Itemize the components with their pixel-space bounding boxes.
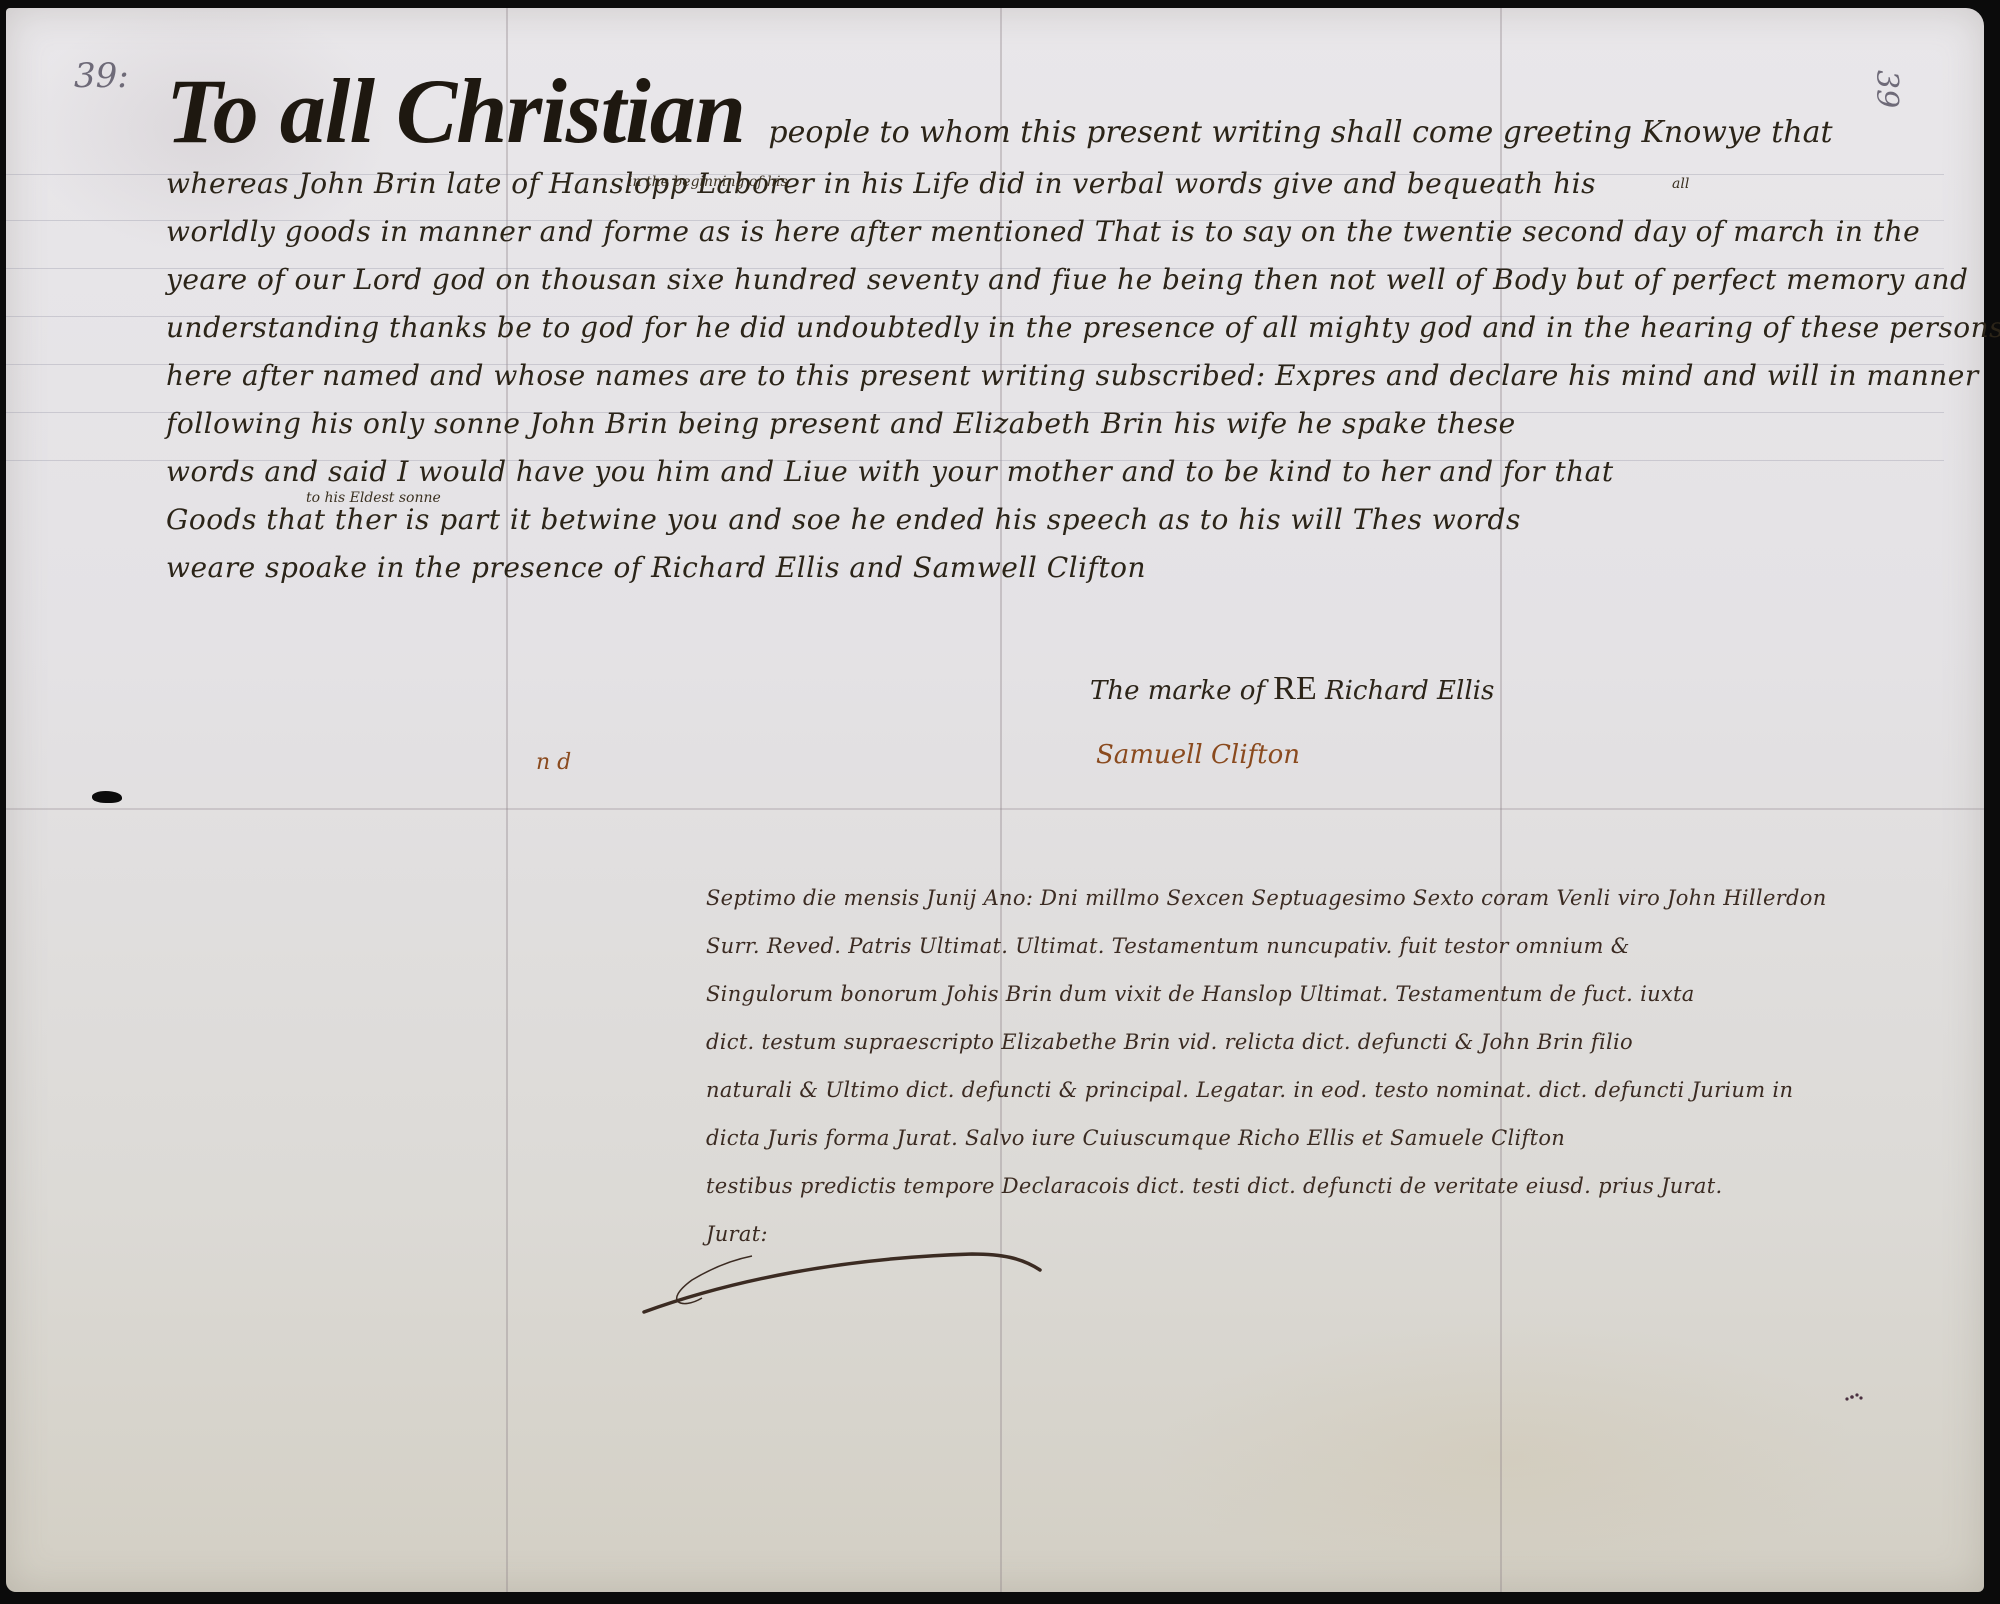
opening-line: To all Christian people to whom this pre… <box>166 74 1936 160</box>
mark-name: Richard Ellis <box>1325 676 1494 706</box>
text-line: worldly goods in manner and forme as is … <box>166 208 1936 256</box>
interlinear-insertion: all <box>1672 176 1689 192</box>
latin-line: naturali & Ultimo dict. defuncti & princ… <box>706 1066 1946 1114</box>
text-line: people to whom this present writing shal… <box>768 115 1832 150</box>
ink-blot-hole <box>92 791 122 803</box>
latin-line: dicta Juris forma Jurat. Salvo iure Cuiu… <box>706 1114 1946 1162</box>
interlinear-insertion: in the beginning of his <box>628 174 788 190</box>
signature-mark-richard-ellis: The marke of RE Richard Ellis <box>1090 670 1494 708</box>
latin-line: testibus predictis tempore Declaracois d… <box>706 1162 1946 1210</box>
latin-probate-clause: Septimo die mensis Junij Ano: Dni millmo… <box>706 874 1946 1258</box>
text-line: here after named and whose names are to … <box>166 352 1936 400</box>
folio-number-left: 39: <box>74 56 129 96</box>
ink-spots-icon <box>1844 1390 1864 1402</box>
latin-line: dict. testum supraescripto Elizabethe Br… <box>706 1018 1946 1066</box>
latin-line: Singulorum bonorum Johis Brin dum vixit … <box>706 970 1946 1018</box>
mark-initials: RE <box>1273 670 1316 707</box>
pen-flourish-icon <box>642 1240 1042 1320</box>
text-line: whereas John Brin late of Hanslopp Labor… <box>166 160 1936 208</box>
text-line: words and said I would have you him and … <box>166 448 1936 496</box>
signature-samuell-clifton: Samuell Clifton <box>1096 740 1300 770</box>
text-line: following his only sonne John Brin being… <box>166 400 1936 448</box>
latin-line: Surr. Reved. Patris Ultimat. Ultimat. Te… <box>706 922 1946 970</box>
text-line: weare spoake in the presence of Richard … <box>166 544 1936 592</box>
text-line: yeare of our Lord god on thousan sixe hu… <box>166 256 1936 304</box>
stray-ink-mark: n d <box>536 750 571 775</box>
mark-label: The marke of <box>1090 676 1265 706</box>
horizontal-fold-line <box>6 808 1984 810</box>
interlinear-insertion: to his Eldest sonne <box>306 490 441 506</box>
heading-to-all-christian: To all Christian <box>166 60 745 162</box>
manuscript-page: 39: 39 To all Christian people to whom t… <box>6 8 1984 1592</box>
latin-line: Septimo die mensis Junij Ano: Dni millmo… <box>706 874 1946 922</box>
english-deed-text: To all Christian people to whom this pre… <box>166 74 1936 592</box>
text-line: understanding thanks be to god for he di… <box>166 304 1936 352</box>
